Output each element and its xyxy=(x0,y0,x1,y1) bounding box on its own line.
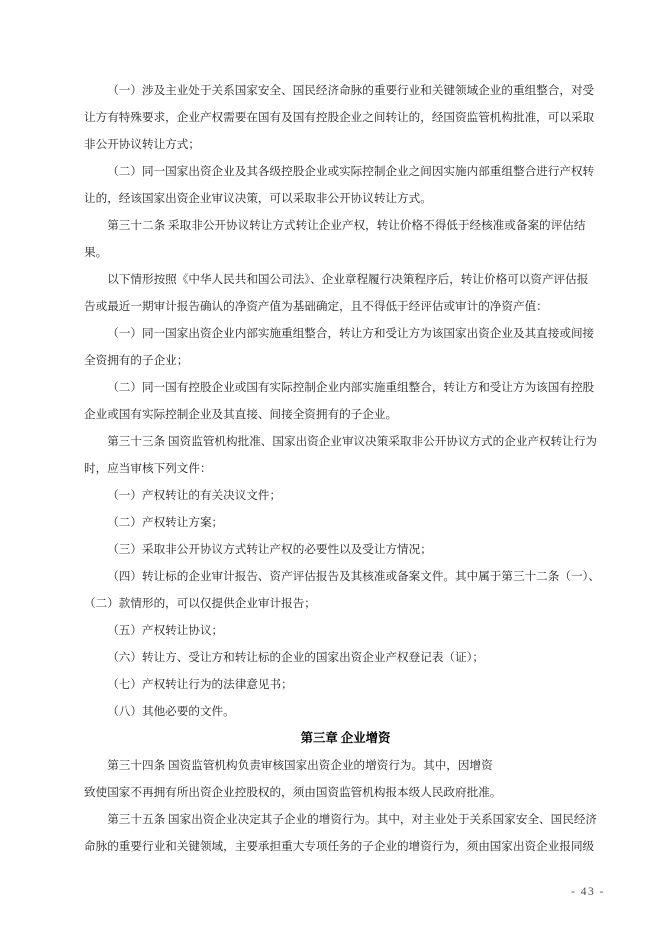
document-line: （四）转让标的企业审计报告、资产评估报告及其核准或备案文件。其中属于第三十二条（… xyxy=(84,563,607,590)
document-line: 全资拥有的子企业； xyxy=(84,347,607,374)
document-line: （二）同一国家出资企业及其各级控股企业或实际控制企业之间因实施内部重组整合进行产… xyxy=(84,158,607,185)
document-line: 告或最近一期审计报告确认的净资产值为基础确定，且不得低于经评估或审计的净资产值： xyxy=(84,293,607,320)
document-line: 让方有特殊要求，企业产权需要在国有及国有控股企业之间转让的，经国资监管机构批准，… xyxy=(84,104,607,131)
document-line: 命脉的重要行业和关键领域，主要承担重大专项任务的子企业的增资行为，须由国家出资企… xyxy=(84,833,607,860)
document-line: （七）产权转让行为的法律意见书； xyxy=(84,671,607,698)
document-line: （一）涉及主业处于关系国家安全、国民经济命脉的重要行业和关键领域企业的重组整合，… xyxy=(84,77,607,104)
document-line: 让的，经该国家出资企业审议决策，可以采取非公开协议转让方式。 xyxy=(84,185,607,212)
document-page: （一）涉及主业处于关系国家安全、国民经济命脉的重要行业和关键领域企业的重组整合，… xyxy=(0,0,671,935)
document-line: （六）转让方、受让方和转让标的企业的国家出资企业产权登记表（证）； xyxy=(84,644,607,671)
document-line: （八）其他必要的文件。 xyxy=(84,698,607,725)
document-line: 第三十三条 国资监管机构批准、国家出资企业审议决策采取非公开协议方式的企业产权转… xyxy=(84,428,607,455)
document-lines: （一）涉及主业处于关系国家安全、国民经济命脉的重要行业和关键领域企业的重组整合，… xyxy=(84,77,607,860)
document-line: 第三十四条 国资监管机构负责审核国家出资企业的增资行为。其中，因增资 xyxy=(84,752,607,779)
document-line: （三）采取非公开协议方式转让产权的必要性以及受让方情况； xyxy=(84,536,607,563)
document-line: 时，应当审核下列文件： xyxy=(84,455,607,482)
document-line: （一）同一国家出资企业内部实施重组整合，转让方和受让方为该国家出资企业及其直接或… xyxy=(84,320,607,347)
document-line: 果。 xyxy=(84,239,607,266)
document-line: 第三十二条 采取非公开协议转让方式转让企业产权，转让价格不得低于经核准或备案的评… xyxy=(84,212,607,239)
document-line: （二）同一国有控股企业或国有实际控制企业内部实施重组整合，转让方和受让方为该国有… xyxy=(84,374,607,401)
document-line: （二）产权转让方案； xyxy=(84,509,607,536)
document-line: 第三十五条 国家出资企业决定其子企业的增资行为。其中，对主业处于关系国家安全、国… xyxy=(84,806,607,833)
document-line: 以下情形按照《中华人民共和国公司法》、企业章程履行决策程序后，转让价格可以资产评… xyxy=(84,266,607,293)
chapter-heading: 第三章 企业增资 xyxy=(84,725,607,752)
document-line: 企业或国有实际控制企业及其直接、间接全资拥有的子企业。 xyxy=(84,401,607,428)
document-line: （五）产权转让协议； xyxy=(84,617,607,644)
document-line: （一）产权转让的有关决议文件； xyxy=(84,482,607,509)
document-line: 致使国家不再拥有所出资企业控股权的，须由国资监管机构报本级人民政府批准。 xyxy=(84,779,607,806)
document-line: 非公开协议转让方式； xyxy=(84,131,607,158)
page-number: - 43 - xyxy=(571,884,605,900)
document-line: （二）款情形的，可以仅提供企业审计报告； xyxy=(84,590,607,617)
